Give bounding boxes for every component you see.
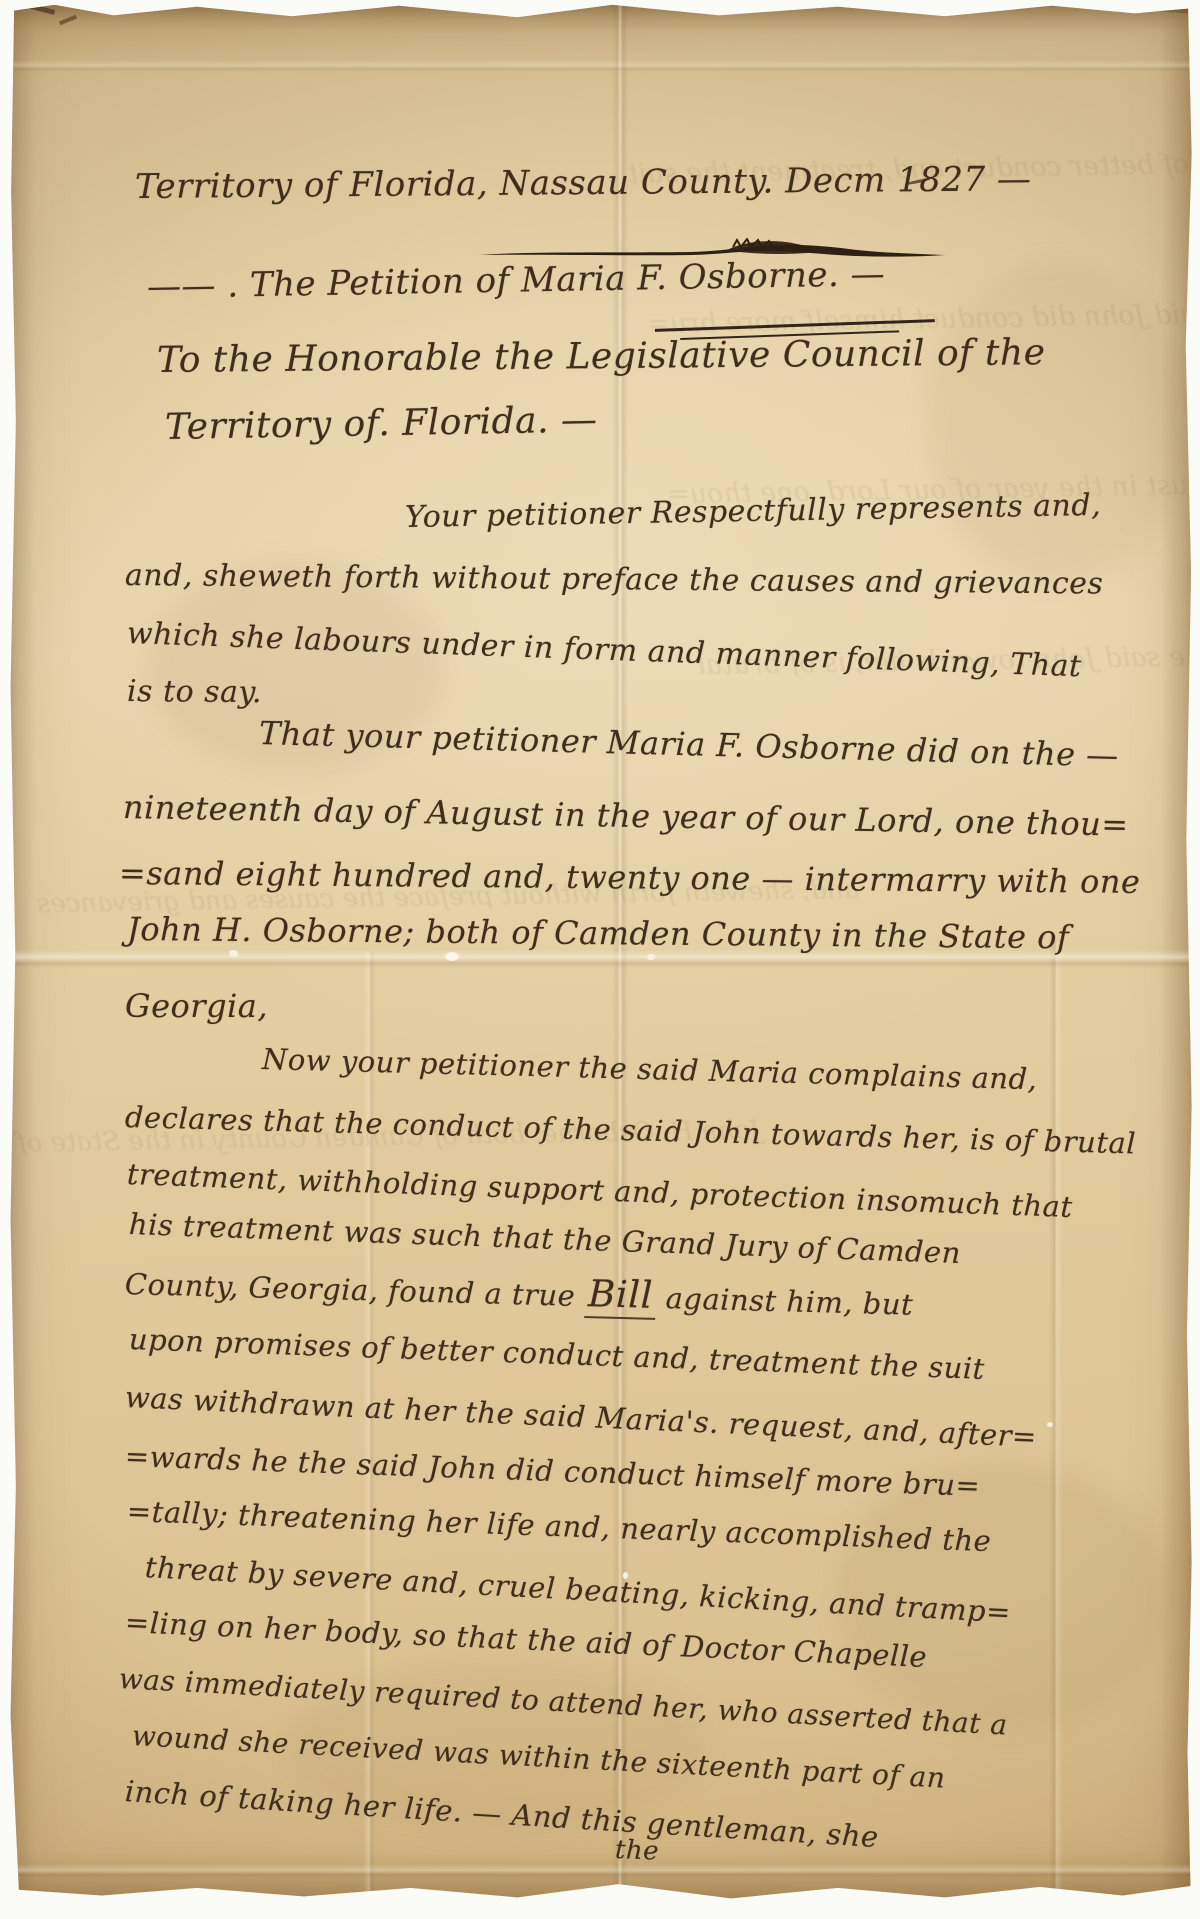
body-line: John H. Osborne; both of Camden County i… [127, 910, 1070, 956]
body-line: Your petitioner Respectfully represents … [405, 488, 1102, 535]
body-line: is to say. [127, 674, 262, 710]
bill-line-post: against him, but [655, 1281, 913, 1322]
paper-edge-shade-top [7, 2, 1194, 32]
manuscript-paper: upon promises of better conduct and, tre… [7, 2, 1194, 1905]
bill-word-underlined: Bill [584, 1272, 656, 1320]
vertical-fold-crease [1049, 942, 1063, 1905]
catchword: the [614, 1835, 659, 1867]
paper-edge-shade-bottom [7, 1850, 1194, 1905]
paper-wear-fleck [445, 952, 459, 961]
body-line: Now your petitioner the said Maria compl… [262, 1042, 1038, 1096]
petition-title-post: Maria F. Osborne. — [509, 254, 885, 301]
horizontal-fold-crease [7, 1864, 1194, 1878]
paper-wear-fleck [1047, 1422, 1053, 1427]
paper-wear-fleck [229, 950, 238, 957]
petition-title-of: of [475, 261, 510, 302]
edge-ink-mark [59, 15, 77, 25]
body-line: and, sheweth forth without preface the c… [125, 558, 1104, 602]
scan-canvas: { "page": { "kind": "scanned historical … [0, 0, 1200, 1919]
bill-line-pre: County, Georgia, found a true [124, 1267, 585, 1313]
body-line: Georgia, [125, 987, 268, 1025]
dateline: Territory of Florida, Nassau County. Dec… [135, 159, 1032, 207]
body-line: =tally; threatening her life and, nearly… [126, 1494, 991, 1558]
edge-ink-mark [23, 2, 55, 15]
body-line: which she labours under in form and mann… [126, 616, 1082, 684]
paper-wear-fleck [647, 954, 655, 960]
horizontal-fold-crease [7, 60, 1194, 72]
paper-edge-shade-left [7, 2, 35, 1905]
body-line: his treatment was such that the Grand Ju… [128, 1207, 961, 1270]
body-line-bill: County, Georgia, found a true Bill again… [124, 1260, 913, 1324]
body-line: upon promises of better conduct and, tre… [128, 1322, 985, 1386]
body-line: That your petitioner Maria F. Osborne di… [259, 714, 1120, 774]
salutation-line-1: To the Honorable the Legislative Council… [157, 332, 1046, 381]
salutation-line-2: Territory of. Florida. — [165, 399, 598, 448]
body-line: =wards he the said John did conduct hims… [124, 1439, 980, 1503]
edge-ink-mark [1147, 3, 1189, 14]
paper-edge-shade-right [1160, 2, 1194, 1905]
petition-title: —— . The Petition of Maria F. Osborne. — [147, 254, 886, 307]
body-line: nineteenth day of August in the year of … [123, 788, 1129, 844]
body-line: was withdrawn at her the said Maria's. r… [124, 1380, 1037, 1454]
body-line: inch of taking her life. — And this gent… [124, 1774, 880, 1854]
paper-wear-fleck [611, 1890, 637, 1902]
petition-title-pre: —— . The Petition [147, 261, 476, 307]
